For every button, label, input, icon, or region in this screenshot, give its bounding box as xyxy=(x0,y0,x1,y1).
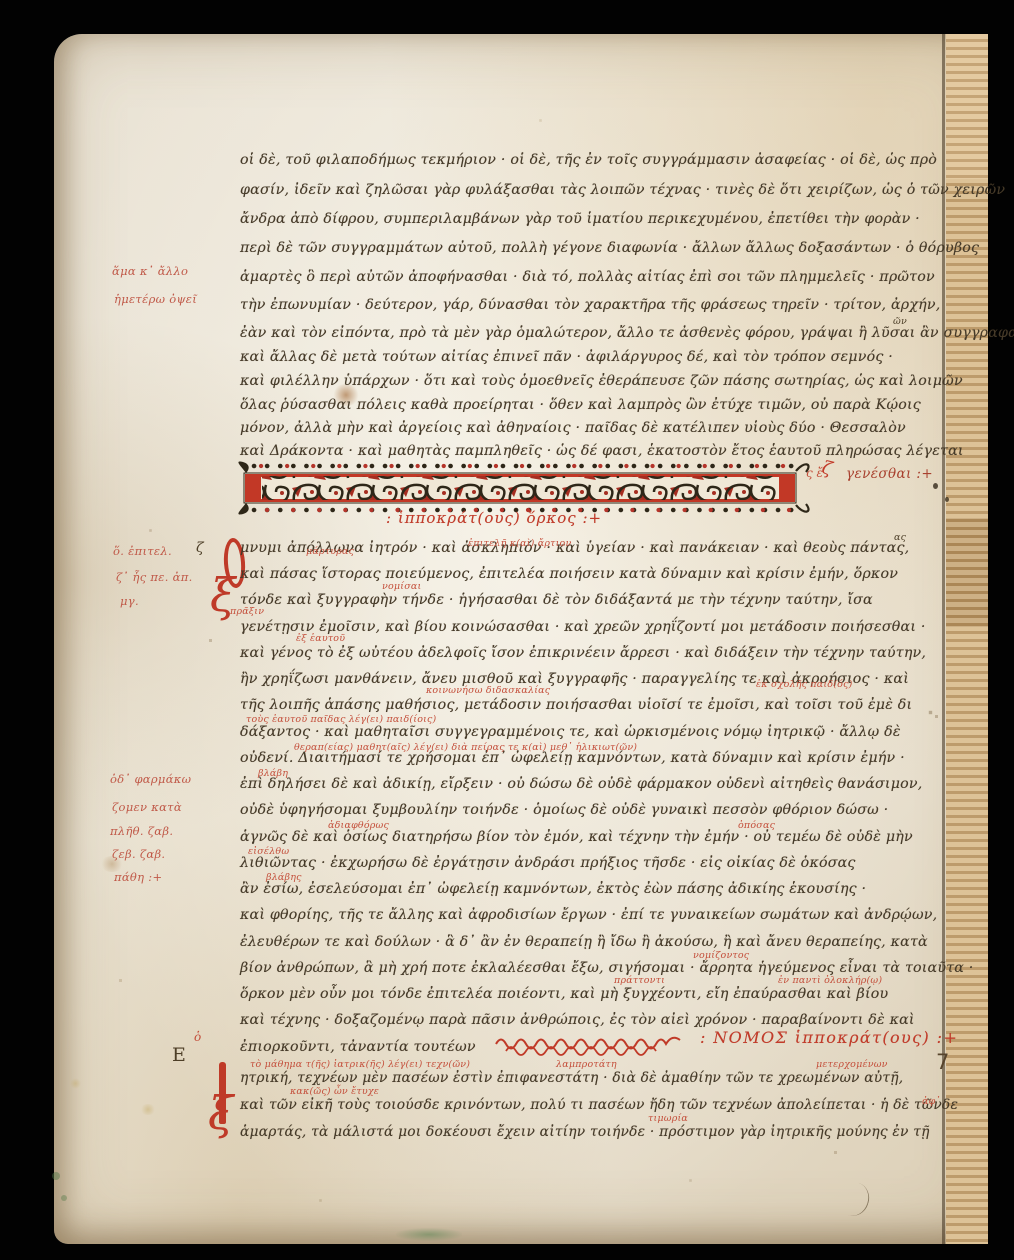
interlinear-gloss: βλάβης xyxy=(266,872,302,883)
text-line: ἐὰν καὶ τὸν εἰπόντα, πρὸ τὰ μὲν γὰρ ὁμαλ… xyxy=(240,325,1014,341)
text-line: καὶ Δράκοντα · καὶ μαθητὰς παμπληθεῖς · … xyxy=(240,443,964,459)
text-line: τῆς λοιπῆς ἁπάσης μαθήσιος, μετάδοσιν πο… xyxy=(240,697,912,713)
text-line: ητρική, τεχνέων μὲν πασέων ἐστὶν ἐπιφανε… xyxy=(240,1070,903,1086)
interlinear-gloss: ἐξ ἑαυτοῦ xyxy=(296,633,345,644)
interlinear-gloss: κοινωνήσω διδασκαλίας xyxy=(426,685,550,696)
text-line: ὅρκον μὲν οὖν μοι τόνδε ἐπιτελέα ποιέοντ… xyxy=(240,986,888,1002)
text-line: ἐλευθέρων τε καὶ δούλων · ἃ δ᾽ ἂν ἐν θερ… xyxy=(240,934,928,950)
text-line: ἁμαρτάς, τὰ μάλιστά μοι δοκέουσι ἔχειν α… xyxy=(240,1124,930,1140)
margin-note: ζεβ. ζαβ. xyxy=(112,847,165,861)
text-line: δάξαντος · καὶ μαθηταῖσι συγγεγραμμένοις… xyxy=(240,724,901,740)
manuscript-photo: οἱ δὲ, τοῦ φιλαποδήμως τεκμήριον · οἱ δὲ… xyxy=(0,0,1014,1260)
text-line: καὶ φιλέλλην ὑπάρχων · ὅτι καὶ τοὺς ὁμοε… xyxy=(240,373,963,389)
text-line: ἁμαρτὲς ὃ περὶ αὐτῶν ἀποφήνασθαι · διὰ τ… xyxy=(240,269,935,285)
interlinear-gloss: μάρτυρας xyxy=(306,546,354,557)
band-side-flourish: ζ xyxy=(820,457,835,480)
interlinear-gloss: ἐκ σχολῆς παιδ(ός) xyxy=(756,679,853,690)
oath-title: : ἱπποκράτ(ους) ὅρκος :+ xyxy=(386,509,602,527)
interlinear-gloss: ὁπόσας xyxy=(738,820,775,831)
margin-note: ἅμα κ᾽ ἄλλο xyxy=(112,264,188,278)
scribal-correction: ῶν xyxy=(893,316,907,327)
law-title: : ΝΟΜΟΣ ἱπποκράτ(ους) :+ xyxy=(700,1028,958,1047)
text-line: φασίν, ἰδεῖν καὶ ζηλῶσαι γὰρ φυλάξασθαι … xyxy=(240,182,1005,198)
text-line: ἐπιορκοῦντι, τἀναντία τουτέων xyxy=(240,1039,476,1055)
interlinear-gloss: νομίζοντος xyxy=(693,950,749,961)
text-line: ἄνδρα ἀπὸ δίφρου, συμπεριλαμβάνων γὰρ το… xyxy=(240,211,920,227)
quire-mark: E xyxy=(172,1044,186,1066)
text-line: οὐδὲ ὑφηγήσομαι ξυμβουλίην τοιήνδε · ὁμο… xyxy=(240,802,888,818)
margin-note: μγ. xyxy=(120,594,139,608)
interlinear-gloss: ἐν παντὶ ὁλοκλήρ(ῳ) xyxy=(778,975,882,986)
text-line: καὶ γένος τὸ ἐξ ωὐτέου ἀδελφοῖς ἴσον ἐπι… xyxy=(240,645,926,661)
text-line: ἐπὶ δηλήσει δὲ καὶ ἀδικίῃ, εἴρξειν · οὐ … xyxy=(240,776,922,792)
vita-tail: γενέσθαι :+ xyxy=(846,466,933,482)
interlinear-gloss: ὁ xyxy=(194,1030,201,1044)
text-line: περὶ δὲ τῶν συγγραμμάτων αὐτοῦ, πολλὴ γέ… xyxy=(240,240,979,256)
interlinear-gloss: βλάβη xyxy=(258,768,288,779)
text-line: τόνδε καὶ ξυγγραφὴν τήνδε · ἡγήσασθαι δὲ… xyxy=(240,592,873,608)
interlinear-gloss: πράττοντι xyxy=(614,975,665,986)
margin-note: πάθη :+ xyxy=(114,870,162,884)
text-line: καὶ τέχνης · δοξαζομένῳ παρὰ πᾶσιν ἀνθρώ… xyxy=(240,1012,915,1028)
scribal-correction: ας xyxy=(894,532,906,543)
text-line: καὶ ἄλλας δὲ μετὰ τούτων αἰτίας ἐπινεῖ π… xyxy=(240,349,893,365)
text-line: τὴν ἐπωνυμίαν · δεύτερον, γάρ, δύνασθαι … xyxy=(240,297,940,313)
text-line: ὅλας ῥύσασθαι πόλεις καθὰ προείρηται · ὅ… xyxy=(240,397,921,413)
text-line: βίον ἀνθρώπων, ἃ μὴ χρή ποτε ἐκλαλέεσθαι… xyxy=(240,960,974,976)
interlinear-gloss: θεραπ(είας) μαθητ(αῖς) λέγ(ει) διὰ πείρα… xyxy=(294,742,637,753)
text-line: καὶ φθορίης, τῆς τε ἄλλης καὶ ἀφροδισίων… xyxy=(240,907,937,923)
margin-note: ὅ. ἐπιτελ. xyxy=(113,544,172,558)
margin-note: ὁδ᾽ φαρμάκω xyxy=(110,772,191,786)
interlinear-gloss: λαμπροτάτη xyxy=(556,1059,617,1070)
interlinear-gloss: ἐπιτελῆ κ(αὶ) ἄρτιον xyxy=(468,538,571,549)
text-line: ἁγνῶς δὲ καὶ ὁσίως διατηρήσω βίον τὸν ἐμ… xyxy=(240,829,913,845)
wavy-divider xyxy=(494,1032,694,1058)
interlinear-gloss: ἀδιαφθόρως xyxy=(328,820,389,831)
text-line: οἱ δὲ, τοῦ φιλαποδήμως τεκμήριον · οἱ δὲ… xyxy=(240,152,937,168)
margin-note: ἡμετέρω ὀψεῖ xyxy=(114,292,197,306)
margin-note: ζ᾽ ἧς πε. ἀπ. xyxy=(116,570,193,584)
margin-note: πλῆθ. ζαβ. xyxy=(110,824,173,838)
interlinear-gloss: νομίσαι xyxy=(382,581,421,592)
interlinear-gloss: πρᾶξιν xyxy=(230,606,264,617)
text-layer: οἱ δὲ, τοῦ φιλαποδήμως τεκμήριον · οἱ δὲ… xyxy=(0,0,1014,1260)
text-line: ἂν ἐσίω, ἐσελεύσομαι ἐπ᾽ ὠφελείῃ καμνόντ… xyxy=(240,881,866,897)
initial-xi-law: ξ xyxy=(208,1090,233,1136)
interlinear-gloss: τοὺς ἑαυτοῦ παῖδας λέγ(ει) παιδ(ίοις) xyxy=(246,714,436,725)
interlinear-gloss: ἀφ᾽ xyxy=(922,1096,940,1107)
text-line: καὶ πάσας ἵστορας ποιεύμενος, ἐπιτελέα π… xyxy=(240,566,898,582)
text-line: μόνον, ἀλλὰ μὴν καὶ ἀργείοις καὶ ἀθηναίο… xyxy=(240,420,906,436)
interlinear-gloss: μετερχομένων xyxy=(816,1059,888,1070)
scribal-correction: ζ xyxy=(196,540,204,556)
folio-number: 7 xyxy=(936,1050,949,1074)
interlinear-gloss: εἰσέλθω xyxy=(248,846,289,857)
text-line: καὶ τῶν εἰκῆ τοὺς τοιούσδε κρινόντων, πο… xyxy=(240,1097,958,1113)
interlinear-gloss: τιμωρία xyxy=(648,1113,688,1124)
interlinear-gloss: τὸ μάθημα τ(ῆς) ἰατρικ(ῆς) λέγ(ει) τεχν(… xyxy=(250,1059,470,1070)
margin-note: ζομεν κατὰ xyxy=(112,800,182,814)
text-line: λιθιῶντας · ἐκχωρήσω δὲ ἐργάτῃσιν ἀνδράσ… xyxy=(240,855,856,871)
interlinear-gloss: κακ(ῶς) ὧν ἔτυχε xyxy=(290,1086,379,1097)
